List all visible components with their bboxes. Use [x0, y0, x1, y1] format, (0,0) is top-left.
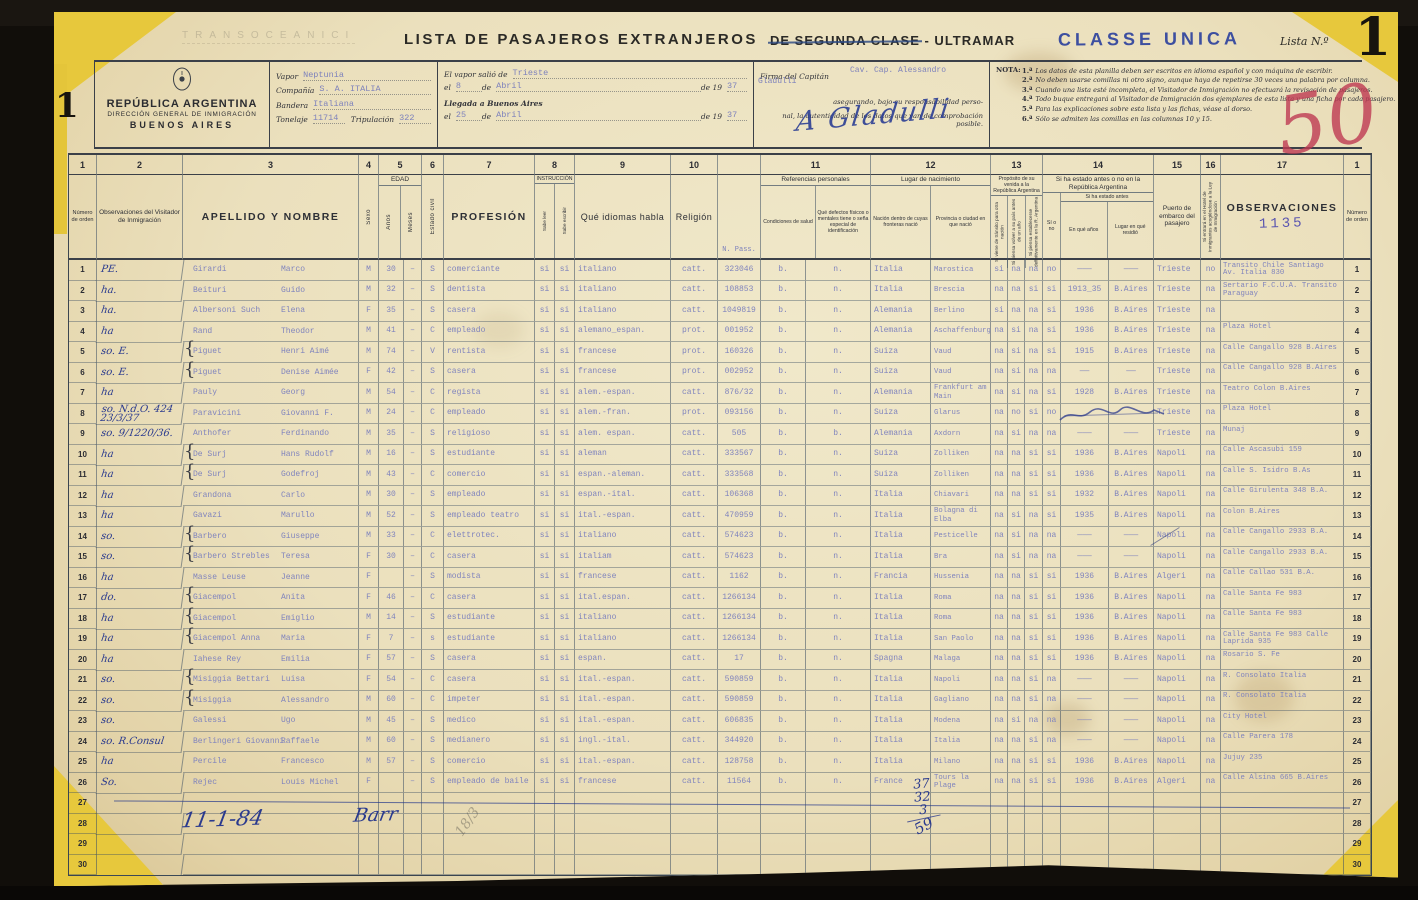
row-number-cell: 28: [69, 814, 97, 835]
header-apellido-nombre: APELLIDO Y NOMBRE: [183, 175, 359, 260]
embark-port-cell: Napoli: [1154, 588, 1201, 609]
birth-province-cell: Vaud: [931, 342, 991, 363]
passport-number-cell: 505: [718, 424, 761, 445]
visitor-note-cell: [96, 814, 185, 835]
years-resided-cell: ———: [1061, 424, 1109, 445]
captain-signature-box: Firma del Capitán Cav. Cap. Alessandro G…: [754, 62, 990, 147]
transit-flag-cell: na: [991, 588, 1008, 609]
hotel-flag-cell: na: [1201, 506, 1221, 527]
passenger-name-cell: {Giacempol AnnaMaria: [183, 629, 359, 650]
column-number-cell: 9: [575, 155, 671, 175]
religion-cell: catt.: [671, 609, 718, 630]
visitor-note-cell: so. 9/1220/36.: [96, 424, 185, 445]
birth-nation-cell: Francia: [871, 568, 931, 589]
been-before-cell: si: [1043, 609, 1061, 630]
passenger-name-cell: [183, 855, 359, 876]
header-instruccion: INSTRUCCIÓNSabe leerSabe escribir: [535, 175, 575, 260]
hotel-flag-cell: na: [1201, 609, 1221, 630]
settle-flag-cell: si: [1025, 732, 1043, 753]
religion-cell: [671, 855, 718, 876]
observations-cell: Calle Girulenta 348 B.A.: [1221, 486, 1344, 507]
passenger-name-cell: [183, 834, 359, 855]
transit-flag-cell: na: [991, 281, 1008, 302]
row-number-right-cell: 7: [1344, 383, 1371, 404]
header-band: REPÚBLICA ARGENTINA DIRECCIÓN GENERAL DE…: [94, 60, 1362, 149]
languages-cell: alem.-espan.: [575, 383, 671, 404]
languages-cell: [575, 855, 671, 876]
return-flag-cell: na: [1008, 568, 1025, 589]
row-number-cell: 3: [69, 301, 97, 322]
health-cell: b.: [761, 609, 806, 630]
transit-flag-cell: [991, 814, 1008, 835]
writes-cell: si: [555, 342, 575, 363]
age-years-cell: 54: [379, 383, 404, 404]
header-estado-civil: Estado civil: [422, 175, 444, 260]
nota-item-text: Para las explicaciones sobre esta lista …: [1035, 105, 1252, 113]
passport-number-cell: 574623: [718, 527, 761, 548]
ship-info-box: VaporNeptunia CompañíaS. A. ITALIA Bande…: [270, 62, 438, 147]
religion-cell: catt.: [671, 650, 718, 671]
surname: Pauly: [183, 388, 281, 397]
transit-flag-cell: si: [991, 260, 1008, 281]
header-sexo: Sexo: [359, 175, 379, 260]
embark-port-cell: Napoli: [1154, 486, 1201, 507]
defects-cell: n.: [806, 342, 871, 363]
writes-cell: si: [555, 670, 575, 691]
been-before-cell: si: [1043, 650, 1061, 671]
page-title: LISTA DE PASAJEROS EXTRANJEROS: [404, 31, 758, 48]
birth-province-cell: Pesticelle: [931, 527, 991, 548]
birth-nation-cell: [871, 855, 931, 876]
place-resided-cell: ———: [1109, 670, 1154, 691]
writes-cell: si: [555, 506, 575, 527]
languages-cell: espan.-aleman.: [575, 465, 671, 486]
profession-cell: medico: [444, 711, 535, 732]
return-flag-cell: si: [1008, 711, 1025, 732]
return-flag-cell: na: [1008, 445, 1025, 466]
issuing-authority-box: REPÚBLICA ARGENTINA DIRECCIÓN GENERAL DE…: [94, 62, 270, 147]
embark-port-cell: Trieste: [1154, 383, 1201, 404]
health-cell: b.: [761, 445, 806, 466]
defects-cell: n.: [806, 711, 871, 732]
column-number-cell: 12: [871, 155, 991, 175]
de-label: de: [482, 112, 491, 121]
settle-flag-cell: na: [1025, 711, 1043, 732]
header-observaciones: OBSERVACIONES1135: [1221, 175, 1344, 260]
religion-cell: catt.: [671, 752, 718, 773]
given-name: Marullo: [281, 511, 315, 520]
surname: Albersoni Such: [183, 306, 281, 315]
passenger-name-cell: BeituriGuido: [183, 281, 359, 302]
row-number-right-cell: 14: [1344, 527, 1371, 548]
reads-cell: si: [535, 773, 555, 794]
health-cell: b.: [761, 670, 806, 691]
years-resided-cell: 1936: [1061, 465, 1109, 486]
age-months-cell: –: [404, 363, 422, 384]
health-cell: b.: [761, 486, 806, 507]
birth-nation-cell: Italia: [871, 732, 931, 753]
visitor-note-cell: so. R.Consul: [96, 732, 185, 753]
handwritten-tally: 37 32 3 59: [904, 777, 942, 835]
visitor-note-cell: so.: [96, 527, 185, 548]
religion-cell: prot.: [671, 322, 718, 343]
given-name: Giovanni F.: [281, 409, 334, 418]
birth-province-cell: Italia: [931, 732, 991, 753]
column-number-cell: 16: [1201, 155, 1221, 175]
return-flag-cell: si: [1008, 424, 1025, 445]
row-number-right-cell: 3: [1344, 301, 1371, 322]
row-number-cell: 1: [69, 260, 97, 281]
settle-flag-cell: si: [1025, 588, 1043, 609]
settle-flag-cell: si: [1025, 670, 1043, 691]
hotel-flag-cell: [1201, 814, 1221, 835]
embark-port-cell: Trieste: [1154, 301, 1201, 322]
reads-cell: si: [535, 732, 555, 753]
civil-status-cell: C: [422, 527, 444, 548]
profession-cell: medianero: [444, 732, 535, 753]
birth-province-cell: Brescia: [931, 281, 991, 302]
row-number-cell: 20: [69, 650, 97, 671]
passenger-name-cell: RejecLouis Michel: [183, 773, 359, 794]
civil-status-cell: S: [422, 711, 444, 732]
row-number-right-cell: 4: [1344, 322, 1371, 343]
age-months-cell: –: [404, 301, 422, 322]
age-months-cell: [404, 793, 422, 814]
defects-cell: n.: [806, 773, 871, 794]
writes-cell: si: [555, 691, 575, 712]
writes-cell: si: [555, 281, 575, 302]
hotel-flag-cell: na: [1201, 281, 1221, 302]
birth-nation-cell: Italia: [871, 711, 931, 732]
religion-cell: [671, 814, 718, 835]
given-name: Marco: [281, 265, 305, 274]
row-number-right-cell: 6: [1344, 363, 1371, 384]
return-flag-cell: na: [1008, 486, 1025, 507]
age-years-cell: 57: [379, 650, 404, 671]
writes-cell: si: [555, 752, 575, 773]
been-before-cell: si: [1043, 465, 1061, 486]
been-before-cell: na: [1043, 670, 1061, 691]
observations-cell: Calle Ascasubi 159: [1221, 445, 1344, 466]
place-resided-cell: B.Aires: [1109, 465, 1154, 486]
years-resided-cell: 1932: [1061, 486, 1109, 507]
health-cell: b.: [761, 527, 806, 548]
faint-watermark-title: TRANSOCEANICI: [182, 30, 355, 44]
given-name: Elena: [281, 306, 305, 315]
sex-cell: M: [359, 342, 379, 363]
religion-cell: catt.: [671, 568, 718, 589]
transit-flag-cell: na: [991, 670, 1008, 691]
transit-flag-cell: na: [991, 445, 1008, 466]
nota-item-tag: 6.ª: [1022, 115, 1032, 123]
return-flag-cell: si: [1008, 342, 1025, 363]
birth-province-cell: Axdorn: [931, 424, 991, 445]
settle-flag-cell: si: [1025, 629, 1043, 650]
visitor-note-cell: ha: [96, 322, 185, 343]
nota-item-text: Los datos de esta planilla deben ser esc…: [1035, 67, 1332, 75]
settle-flag-cell: si: [1025, 404, 1043, 425]
visitor-note-cell: ha: [96, 752, 185, 773]
age-months-cell: –: [404, 465, 422, 486]
birth-province-cell: Hussenia: [931, 568, 991, 589]
defects-cell: [806, 834, 871, 855]
visitor-note-cell: ha: [96, 465, 185, 486]
birth-nation-cell: Suiza: [871, 445, 931, 466]
civil-status-cell: S: [422, 281, 444, 302]
religion-cell: catt.: [671, 547, 718, 568]
observations-cell: Teatro Colon B.Aires: [1221, 383, 1344, 404]
nota-item-tag: 4.ª: [1022, 95, 1032, 103]
profession-cell: regista: [444, 383, 535, 404]
birth-nation-cell: Italia: [871, 527, 931, 548]
writes-cell: si: [555, 486, 575, 507]
header-numero-orden: Número de orden: [69, 175, 97, 260]
passenger-name-cell: PercileFrancesco: [183, 752, 359, 773]
row-number-right-cell: 17: [1344, 588, 1371, 609]
profession-cell: casera: [444, 650, 535, 671]
civil-status-cell: C: [422, 670, 444, 691]
de-label: de: [482, 83, 491, 92]
transit-flag-cell: na: [991, 568, 1008, 589]
place-resided-cell: B.Aires: [1109, 609, 1154, 630]
age-months-cell: [404, 834, 422, 855]
given-name: Ugo: [281, 716, 295, 725]
visitor-note-cell: [96, 834, 185, 855]
surname: Percile: [183, 757, 281, 766]
languages-cell: alem.-fran.: [575, 404, 671, 425]
age-years-cell: 41: [379, 322, 404, 343]
family-brace: {: [184, 543, 195, 564]
sex-cell: F: [359, 363, 379, 384]
years-resided-cell: 1936: [1061, 445, 1109, 466]
sex-cell: F: [359, 568, 379, 589]
row-number-right-cell: 16: [1344, 568, 1371, 589]
sex-cell: F: [359, 588, 379, 609]
given-name: Teresa: [281, 552, 310, 561]
defects-cell: n.: [806, 281, 871, 302]
row-number-cell: 23: [69, 711, 97, 732]
row-number-right-cell: 1: [1344, 260, 1371, 281]
sex-cell: M: [359, 260, 379, 281]
return-flag-cell: si: [1008, 547, 1025, 568]
hotel-flag-cell: na: [1201, 424, 1221, 445]
row-number-right-cell: 12: [1344, 486, 1371, 507]
defects-cell: n.: [806, 486, 871, 507]
family-brace: {: [184, 338, 195, 359]
transit-flag-cell: na: [991, 465, 1008, 486]
passport-number-cell: 344920: [718, 732, 761, 753]
given-name: Godefroj: [281, 470, 319, 479]
header-referencias-personales: Referencias personalesCondiciones de sal…: [761, 175, 871, 260]
health-cell: [761, 834, 806, 855]
writes-cell: si: [555, 424, 575, 445]
age-years-cell: 42: [379, 363, 404, 384]
family-brace: {: [184, 687, 195, 708]
return-flag-cell: na: [1008, 281, 1025, 302]
settle-flag-cell: [1025, 793, 1043, 814]
birth-province-cell: [931, 834, 991, 855]
surname: Beituri: [183, 286, 281, 295]
sex-cell: [359, 834, 379, 855]
age-months-cell: –: [404, 260, 422, 281]
reads-cell: si: [535, 506, 555, 527]
years-resided-cell: 1936: [1061, 609, 1109, 630]
transit-flag-cell: na: [991, 383, 1008, 404]
age-months-cell: –: [404, 506, 422, 527]
been-before-cell: si: [1043, 281, 1061, 302]
observations-cell: Jujuy 235: [1221, 752, 1344, 773]
document-page: 1 1 TRANSOCEANICI LISTA DE PASAJEROS EXT…: [54, 12, 1398, 888]
row-number-right-cell: 20: [1344, 650, 1371, 671]
column-number-cell: [718, 155, 761, 175]
subtitle-struck-text: DE SEGUNDA CLASE: [770, 33, 920, 48]
row-number-cell: 10: [69, 445, 97, 466]
passport-number-cell: 106368: [718, 486, 761, 507]
religion-cell: catt.: [671, 383, 718, 404]
defects-cell: n.: [806, 691, 871, 712]
years-resided-cell: 1936: [1061, 773, 1109, 794]
birth-nation-cell: Italia: [871, 588, 931, 609]
transit-flag-cell: na: [991, 424, 1008, 445]
years-resided-cell: ———: [1061, 260, 1109, 281]
row-number-cell: 19: [69, 629, 97, 650]
sex-cell: M: [359, 752, 379, 773]
stamp-number: 1135: [1259, 215, 1305, 233]
given-name: Anita: [281, 593, 305, 602]
arrival-month: Abril: [496, 110, 701, 121]
family-brace: {: [184, 441, 195, 462]
age-months-cell: –: [404, 322, 422, 343]
settle-flag-cell: si: [1025, 691, 1043, 712]
religion-cell: catt.: [671, 670, 718, 691]
embark-port-cell: [1154, 814, 1201, 835]
age-months-cell: –: [404, 342, 422, 363]
writes-cell: si: [555, 322, 575, 343]
embark-port-cell: Napoli: [1154, 711, 1201, 732]
religion-cell: catt.: [671, 629, 718, 650]
embark-port-cell: Napoli: [1154, 609, 1201, 630]
settle-flag-cell: na: [1025, 363, 1043, 384]
visitor-note-cell: ha: [96, 445, 185, 466]
defects-cell: n.: [806, 322, 871, 343]
hotel-flag-cell: na: [1201, 732, 1221, 753]
age-years-cell: 16: [379, 445, 404, 466]
birth-province-cell: Berlino: [931, 301, 991, 322]
row-number-cell: 5: [69, 342, 97, 363]
embark-port-cell: Napoli: [1154, 650, 1201, 671]
passenger-name-cell: GirardiMarco: [183, 260, 359, 281]
birth-nation-cell: Suiza: [871, 363, 931, 384]
hotel-flag-cell: na: [1201, 383, 1221, 404]
years-resided-cell: 1936: [1061, 568, 1109, 589]
defects-cell: n.: [806, 260, 871, 281]
hotel-flag-cell: na: [1201, 404, 1221, 425]
embark-port-cell: Trieste: [1154, 281, 1201, 302]
reads-cell: si: [535, 465, 555, 486]
sex-cell: [359, 855, 379, 876]
religion-cell: catt.: [671, 506, 718, 527]
languages-cell: italiano: [575, 609, 671, 630]
voyage-box: El vapor salió deTrieste el8 deAbril de …: [438, 62, 754, 147]
religion-cell: catt.: [671, 465, 718, 486]
profession-cell: [444, 855, 535, 876]
hotel-flag-cell: na: [1201, 711, 1221, 732]
age-months-cell: –: [404, 445, 422, 466]
surname: Giacempol: [183, 614, 281, 623]
visitor-note-cell: PE.: [96, 260, 185, 281]
writes-cell: si: [555, 404, 575, 425]
settle-flag-cell: si: [1025, 281, 1043, 302]
place-resided-cell: ———: [1109, 547, 1154, 568]
tripulacion-label: Tripulación: [351, 115, 394, 124]
sex-cell: M: [359, 322, 379, 343]
passenger-name-cell: {PiguetHenri Aimé: [183, 342, 359, 363]
header-profesion: PROFESIÓN: [444, 175, 535, 260]
passport-number-cell: 093156: [718, 404, 761, 425]
health-cell: b.: [761, 568, 806, 589]
years-resided-cell: ———: [1061, 547, 1109, 568]
birth-province-cell: Roma: [931, 588, 991, 609]
place-resided-cell: [1109, 855, 1154, 876]
defects-cell: b.: [806, 424, 871, 445]
age-months-cell: –: [404, 527, 422, 548]
place-resided-cell: B.Aires: [1109, 629, 1154, 650]
return-flag-cell: na: [1008, 609, 1025, 630]
passport-number-cell: 590859: [718, 691, 761, 712]
surname: Giacempol: [183, 593, 281, 602]
age-years-cell: 30: [379, 547, 404, 568]
settle-flag-cell: na: [1025, 506, 1043, 527]
reads-cell: si: [535, 547, 555, 568]
surname: Barbero: [183, 532, 281, 541]
visitor-note-cell: [96, 793, 185, 814]
been-before-cell: si: [1043, 773, 1061, 794]
defects-cell: n.: [806, 732, 871, 753]
reads-cell: si: [535, 588, 555, 609]
religion-cell: prot.: [671, 342, 718, 363]
sex-cell: M: [359, 404, 379, 425]
row-number-cell: 18: [69, 609, 97, 630]
age-years-cell: 35: [379, 424, 404, 445]
tonelaje-label: Tonelaje: [276, 115, 308, 124]
nota-item-tag: 1.ª: [1022, 67, 1032, 75]
civil-status-cell: S: [422, 486, 444, 507]
row-number-right-cell: 23: [1344, 711, 1371, 732]
subtitle-rest-text: - ULTRAMAR: [920, 33, 1015, 48]
place-resided-cell: ———: [1109, 527, 1154, 548]
civil-status-cell: S: [422, 609, 444, 630]
hotel-flag-cell: na: [1201, 773, 1221, 794]
years-resided-cell: 1913_35: [1061, 281, 1109, 302]
surname: Piguet: [183, 368, 281, 377]
embark-port-cell: [1154, 834, 1201, 855]
given-name: Guido: [281, 286, 305, 295]
family-brace: {: [184, 625, 195, 646]
row-number-right-cell: 8: [1344, 404, 1371, 425]
visitor-note-cell: So.: [96, 773, 185, 794]
age-years-cell: 52: [379, 506, 404, 527]
transit-flag-cell: na: [991, 773, 1008, 794]
row-number-right-cell: 26: [1344, 773, 1371, 794]
passport-number-cell: 17: [718, 650, 761, 671]
defects-cell: [806, 793, 871, 814]
departure-label: El vapor salió de: [444, 70, 508, 79]
languages-cell: italiano: [575, 629, 671, 650]
sex-cell: M: [359, 281, 379, 302]
defects-cell: [806, 855, 871, 876]
header-numero-pasaporte: N. Pass.: [718, 175, 761, 260]
embark-port-cell: Algeri: [1154, 773, 1201, 794]
